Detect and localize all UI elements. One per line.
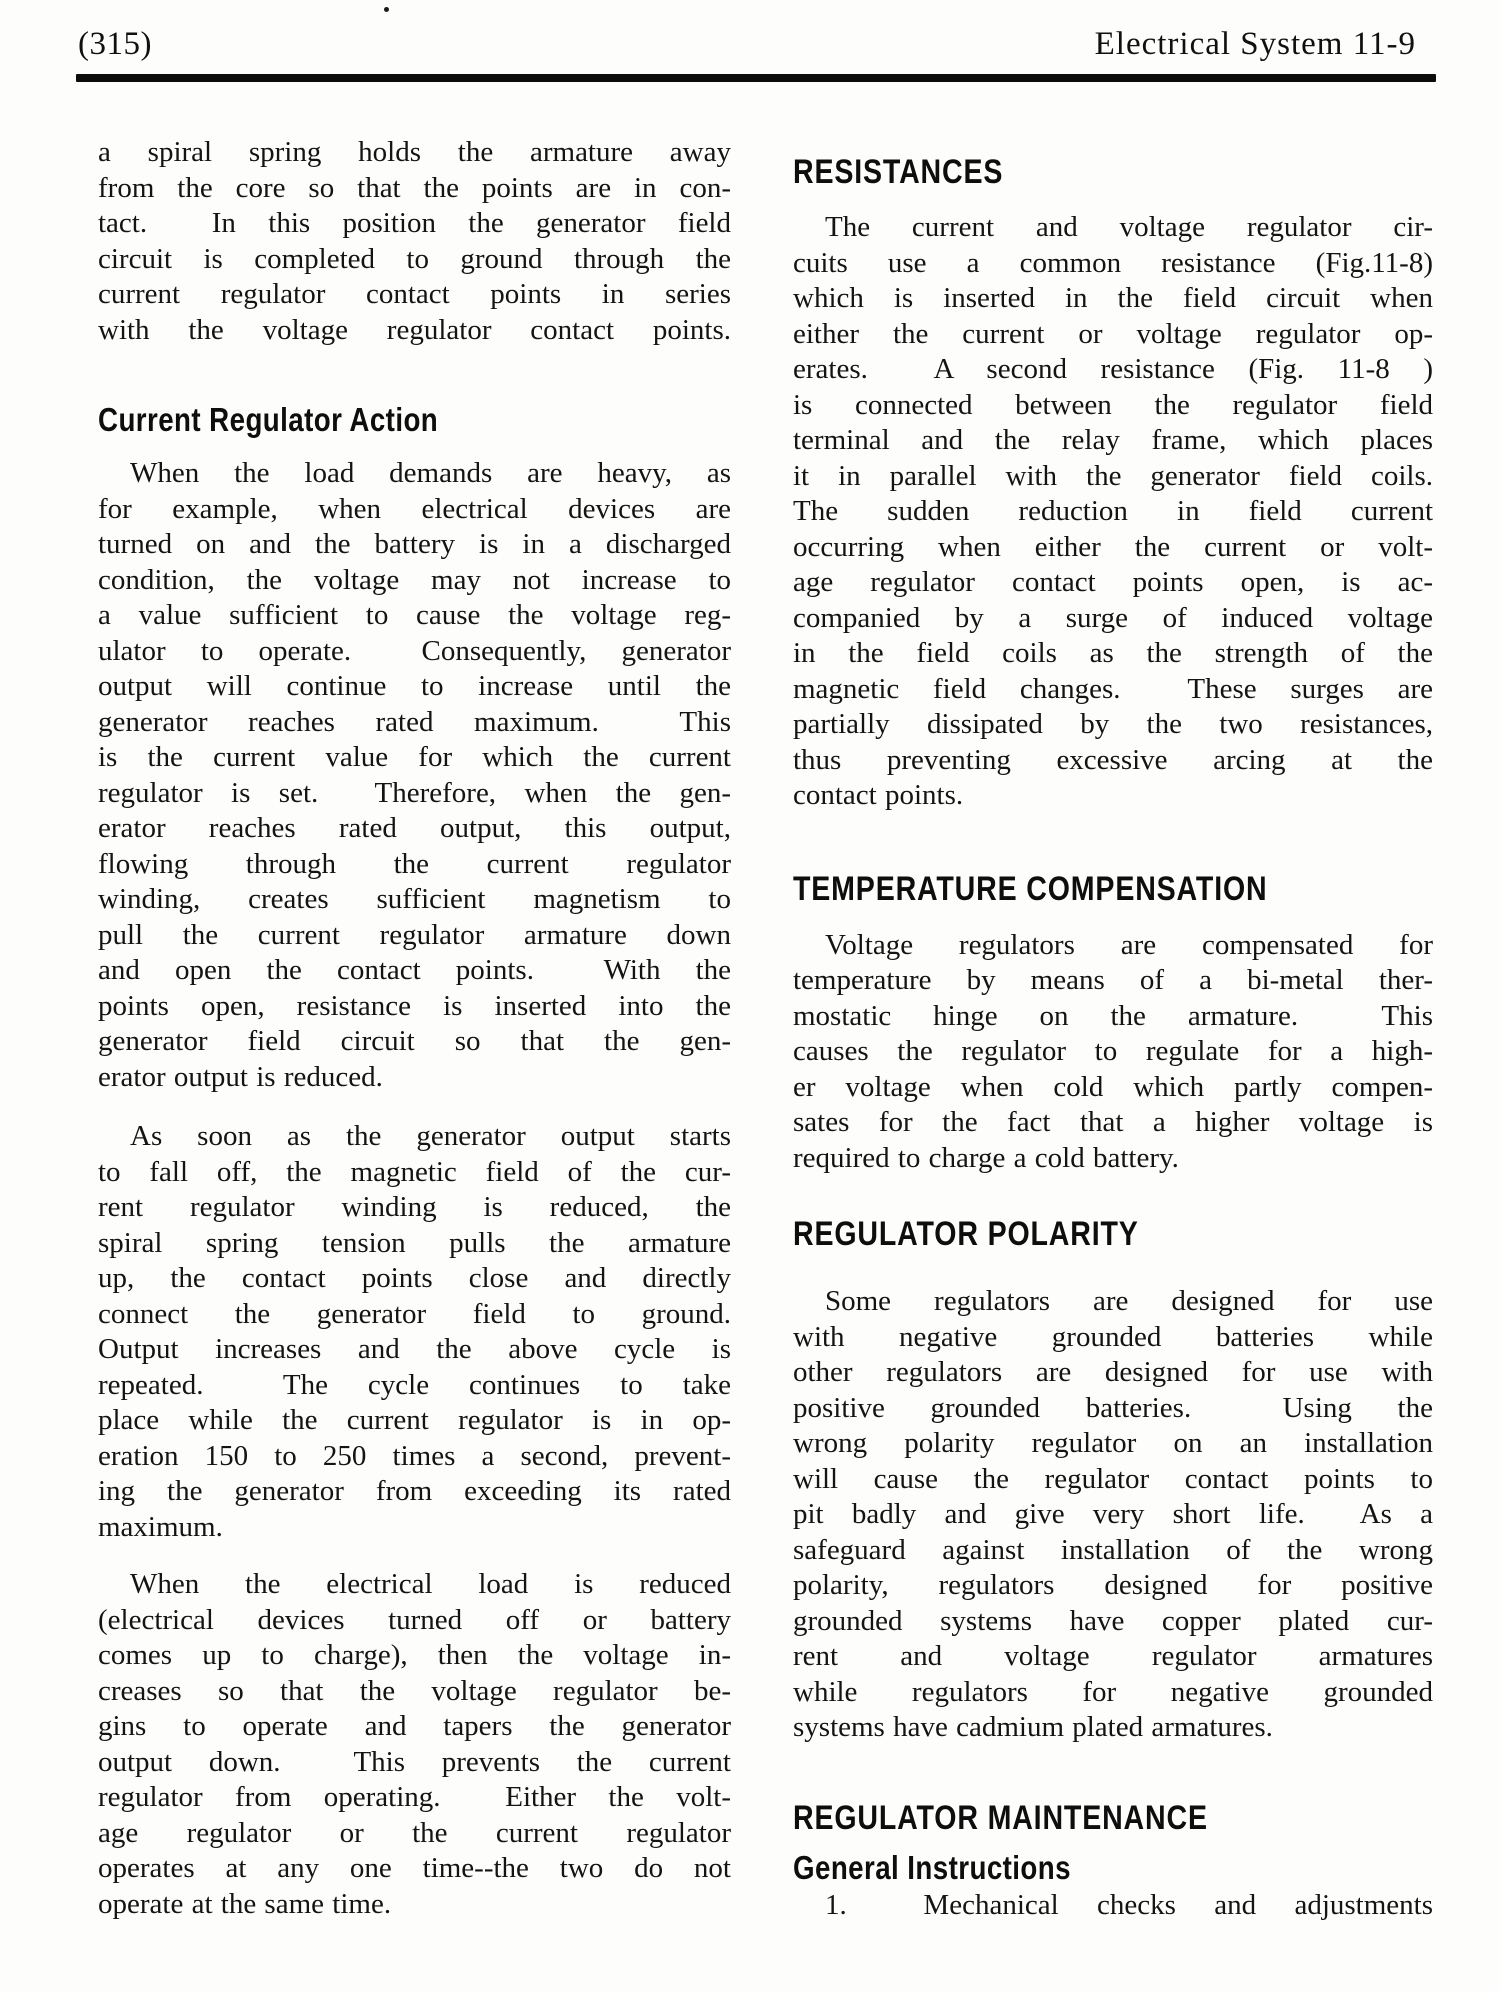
- text-line: cuits use a common resistance (Fig.11-8): [793, 246, 1433, 282]
- text-line: ing the generator from exceeding its rat…: [98, 1474, 731, 1510]
- text-line: while regulators for negative grounded: [793, 1675, 1433, 1711]
- text-line: polarity, regulators designed for positi…: [793, 1568, 1433, 1604]
- text-line: a value sufficient to cause the voltage …: [98, 598, 731, 634]
- paragraph-resistances: The current and voltage regulator cir-cu…: [793, 210, 1433, 814]
- text-line: (electrical devices turned off or batter…: [98, 1603, 731, 1639]
- text-line: will cause the regulator contact points …: [793, 1462, 1433, 1498]
- text-line: The sudden reduction in field current: [793, 494, 1433, 530]
- text-line: turned on and the battery is in a discha…: [98, 527, 731, 563]
- text-line: temperature by means of a bi-metal ther-: [793, 963, 1433, 999]
- text-line: mostatic hinge on the armature. This: [793, 999, 1433, 1035]
- manual-page: (315) Electrical System 11-9 a spiral sp…: [0, 0, 1500, 1992]
- text-line: When the load demands are heavy, as: [98, 456, 731, 492]
- text-line: creases so that the voltage regulator be…: [98, 1674, 731, 1710]
- text-line: a spiral spring holds the armature away: [98, 135, 731, 171]
- text-line: rent regulator winding is reduced, the: [98, 1190, 731, 1226]
- text-line: rent and voltage regulator armatures: [793, 1639, 1433, 1675]
- text-line: contact points.: [793, 778, 1433, 814]
- text-line: with the voltage regulator contact point…: [98, 313, 731, 349]
- heading-temperature-compensation: TEMPERATURE COMPENSATION: [793, 869, 1331, 909]
- text-line: for example, when electrical devices are: [98, 492, 731, 528]
- text-line: in the field coils as the strength of th…: [793, 636, 1433, 672]
- text-line: condition, the voltage may not increase …: [98, 563, 731, 599]
- text-line: repeated. The cycle continues to take: [98, 1368, 731, 1404]
- text-line: output will continue to increase until t…: [98, 669, 731, 705]
- text-line: it in parallel with the generator field …: [793, 459, 1433, 495]
- text-line: flowing through the current regulator: [98, 847, 731, 883]
- scan-speck: [384, 7, 389, 12]
- text-line: points open, resistance is inserted into…: [98, 989, 731, 1025]
- text-line: comes up to charge), then the voltage in…: [98, 1638, 731, 1674]
- text-line: output down. This prevents the current: [98, 1745, 731, 1781]
- text-line: er voltage when cold which partly compen…: [793, 1070, 1433, 1106]
- paragraph-load-demands: When the load demands are heavy, asfor e…: [98, 456, 731, 1095]
- text-line: regulator from operating. Either the vol…: [98, 1780, 731, 1816]
- text-line: regulator is set. Therefore, when the ge…: [98, 776, 731, 812]
- text-line: tact. In this position the generator fie…: [98, 206, 731, 242]
- text-line: When the electrical load is reduced: [98, 1567, 731, 1603]
- text-line: 1. Mechanical checks and adjustments: [793, 1888, 1433, 1924]
- text-line: erates. A second resistance (Fig. 11-8 ): [793, 352, 1433, 388]
- text-line: to fall off, the magnetic field of the c…: [98, 1155, 731, 1191]
- section-title: Electrical System 11-9: [1095, 26, 1416, 62]
- text-line: operate at the same time.: [98, 1887, 731, 1923]
- header-rule: [76, 74, 1436, 82]
- text-line: As soon as the generator output starts: [98, 1119, 731, 1155]
- text-line: other regulators are designed for use wi…: [793, 1355, 1433, 1391]
- text-line: spiral spring tension pulls the armature: [98, 1226, 731, 1262]
- text-line: place while the current regulator is in …: [98, 1403, 731, 1439]
- text-line: age regulator or the current regulator: [98, 1816, 731, 1852]
- text-line: ulator to operate. Consequently, generat…: [98, 634, 731, 670]
- heading-regulator-polarity: REGULATOR POLARITY: [793, 1214, 1331, 1254]
- paragraph-output-falls: As soon as the generator output startsto…: [98, 1119, 731, 1545]
- text-line: partially dissipated by the two resistan…: [793, 707, 1433, 743]
- text-line: maximum.: [98, 1510, 731, 1546]
- heading-resistances: RESISTANCES: [793, 152, 1331, 192]
- right-column: RESISTANCES The current and voltage regu…: [793, 152, 1433, 1923]
- text-line: gins to operate and tapers the generator: [98, 1709, 731, 1745]
- paragraph-general-instructions: 1. Mechanical checks and adjustments: [793, 1888, 1433, 1924]
- text-line: age regulator contact points open, is ac…: [793, 565, 1433, 601]
- text-line: causes the regulator to regulate for a h…: [793, 1034, 1433, 1070]
- text-line: Voltage regulators are compensated for: [793, 928, 1433, 964]
- text-line: pit badly and give very short life. As a: [793, 1497, 1433, 1533]
- text-line: is connected between the regulator field: [793, 388, 1433, 424]
- text-line: operates at any one time--the two do not: [98, 1851, 731, 1887]
- paragraph-spiral-spring: a spiral spring holds the armature awayf…: [98, 135, 731, 348]
- text-line: which is inserted in the field circuit w…: [793, 281, 1433, 317]
- text-line: circuit is completed to ground through t…: [98, 242, 731, 278]
- text-line: Output increases and the above cycle is: [98, 1332, 731, 1368]
- heading-regulator-maintenance: REGULATOR MAINTENANCE: [793, 1798, 1331, 1838]
- text-line: wrong polarity regulator on an installat…: [793, 1426, 1433, 1462]
- paragraph-temperature: Voltage regulators are compensated forte…: [793, 928, 1433, 1177]
- text-line: Some regulators are designed for use: [793, 1284, 1433, 1320]
- left-column: a spiral spring holds the armature awayf…: [98, 135, 731, 1922]
- paragraph-load-reduced: When the electrical load is reduced(elec…: [98, 1567, 731, 1922]
- text-line: eration 150 to 250 times a second, preve…: [98, 1439, 731, 1475]
- text-line: systems have cadmium plated armatures.: [793, 1710, 1433, 1746]
- text-line: grounded systems have copper plated cur-: [793, 1604, 1433, 1640]
- paragraph-polarity: Some regulators are designed for usewith…: [793, 1284, 1433, 1746]
- text-line: is the current value for which the curre…: [98, 740, 731, 776]
- text-line: and open the contact points. With the: [98, 953, 731, 989]
- text-line: erator output is reduced.: [98, 1060, 731, 1096]
- text-line: thus preventing excessive arcing at the: [793, 743, 1433, 779]
- text-line: companied by a surge of induced voltage: [793, 601, 1433, 637]
- heading-current-regulator-action: Current Regulator Action: [98, 402, 630, 438]
- text-line: terminal and the relay frame, which plac…: [793, 423, 1433, 459]
- text-line: occurring when either the current or vol…: [793, 530, 1433, 566]
- text-line: erator reaches rated output, this output…: [98, 811, 731, 847]
- text-line: generator reaches rated maximum. This: [98, 705, 731, 741]
- text-line: up, the contact points close and directl…: [98, 1261, 731, 1297]
- text-line: current regulator contact points in seri…: [98, 277, 731, 313]
- text-line: safeguard against installation of the wr…: [793, 1533, 1433, 1569]
- heading-general-instructions: General Instructions: [793, 1850, 1331, 1886]
- text-line: winding, creates sufficient magnetism to: [98, 882, 731, 918]
- text-line: with negative grounded batteries while: [793, 1320, 1433, 1356]
- text-line: The current and voltage regulator cir-: [793, 210, 1433, 246]
- text-line: pull the current regulator armature down: [98, 918, 731, 954]
- text-line: magnetic field changes. These surges are: [793, 672, 1433, 708]
- page-number: (315): [78, 26, 152, 62]
- text-line: required to charge a cold battery.: [793, 1141, 1433, 1177]
- text-line: connect the generator field to ground.: [98, 1297, 731, 1333]
- text-line: generator field circuit so that the gen-: [98, 1024, 731, 1060]
- text-line: from the core so that the points are in …: [98, 171, 731, 207]
- text-line: either the current or voltage regulator …: [793, 317, 1433, 353]
- text-line: positive grounded batteries. Using the: [793, 1391, 1433, 1427]
- running-header: (315) Electrical System 11-9: [78, 26, 1416, 62]
- text-line: sates for the fact that a higher voltage…: [793, 1105, 1433, 1141]
